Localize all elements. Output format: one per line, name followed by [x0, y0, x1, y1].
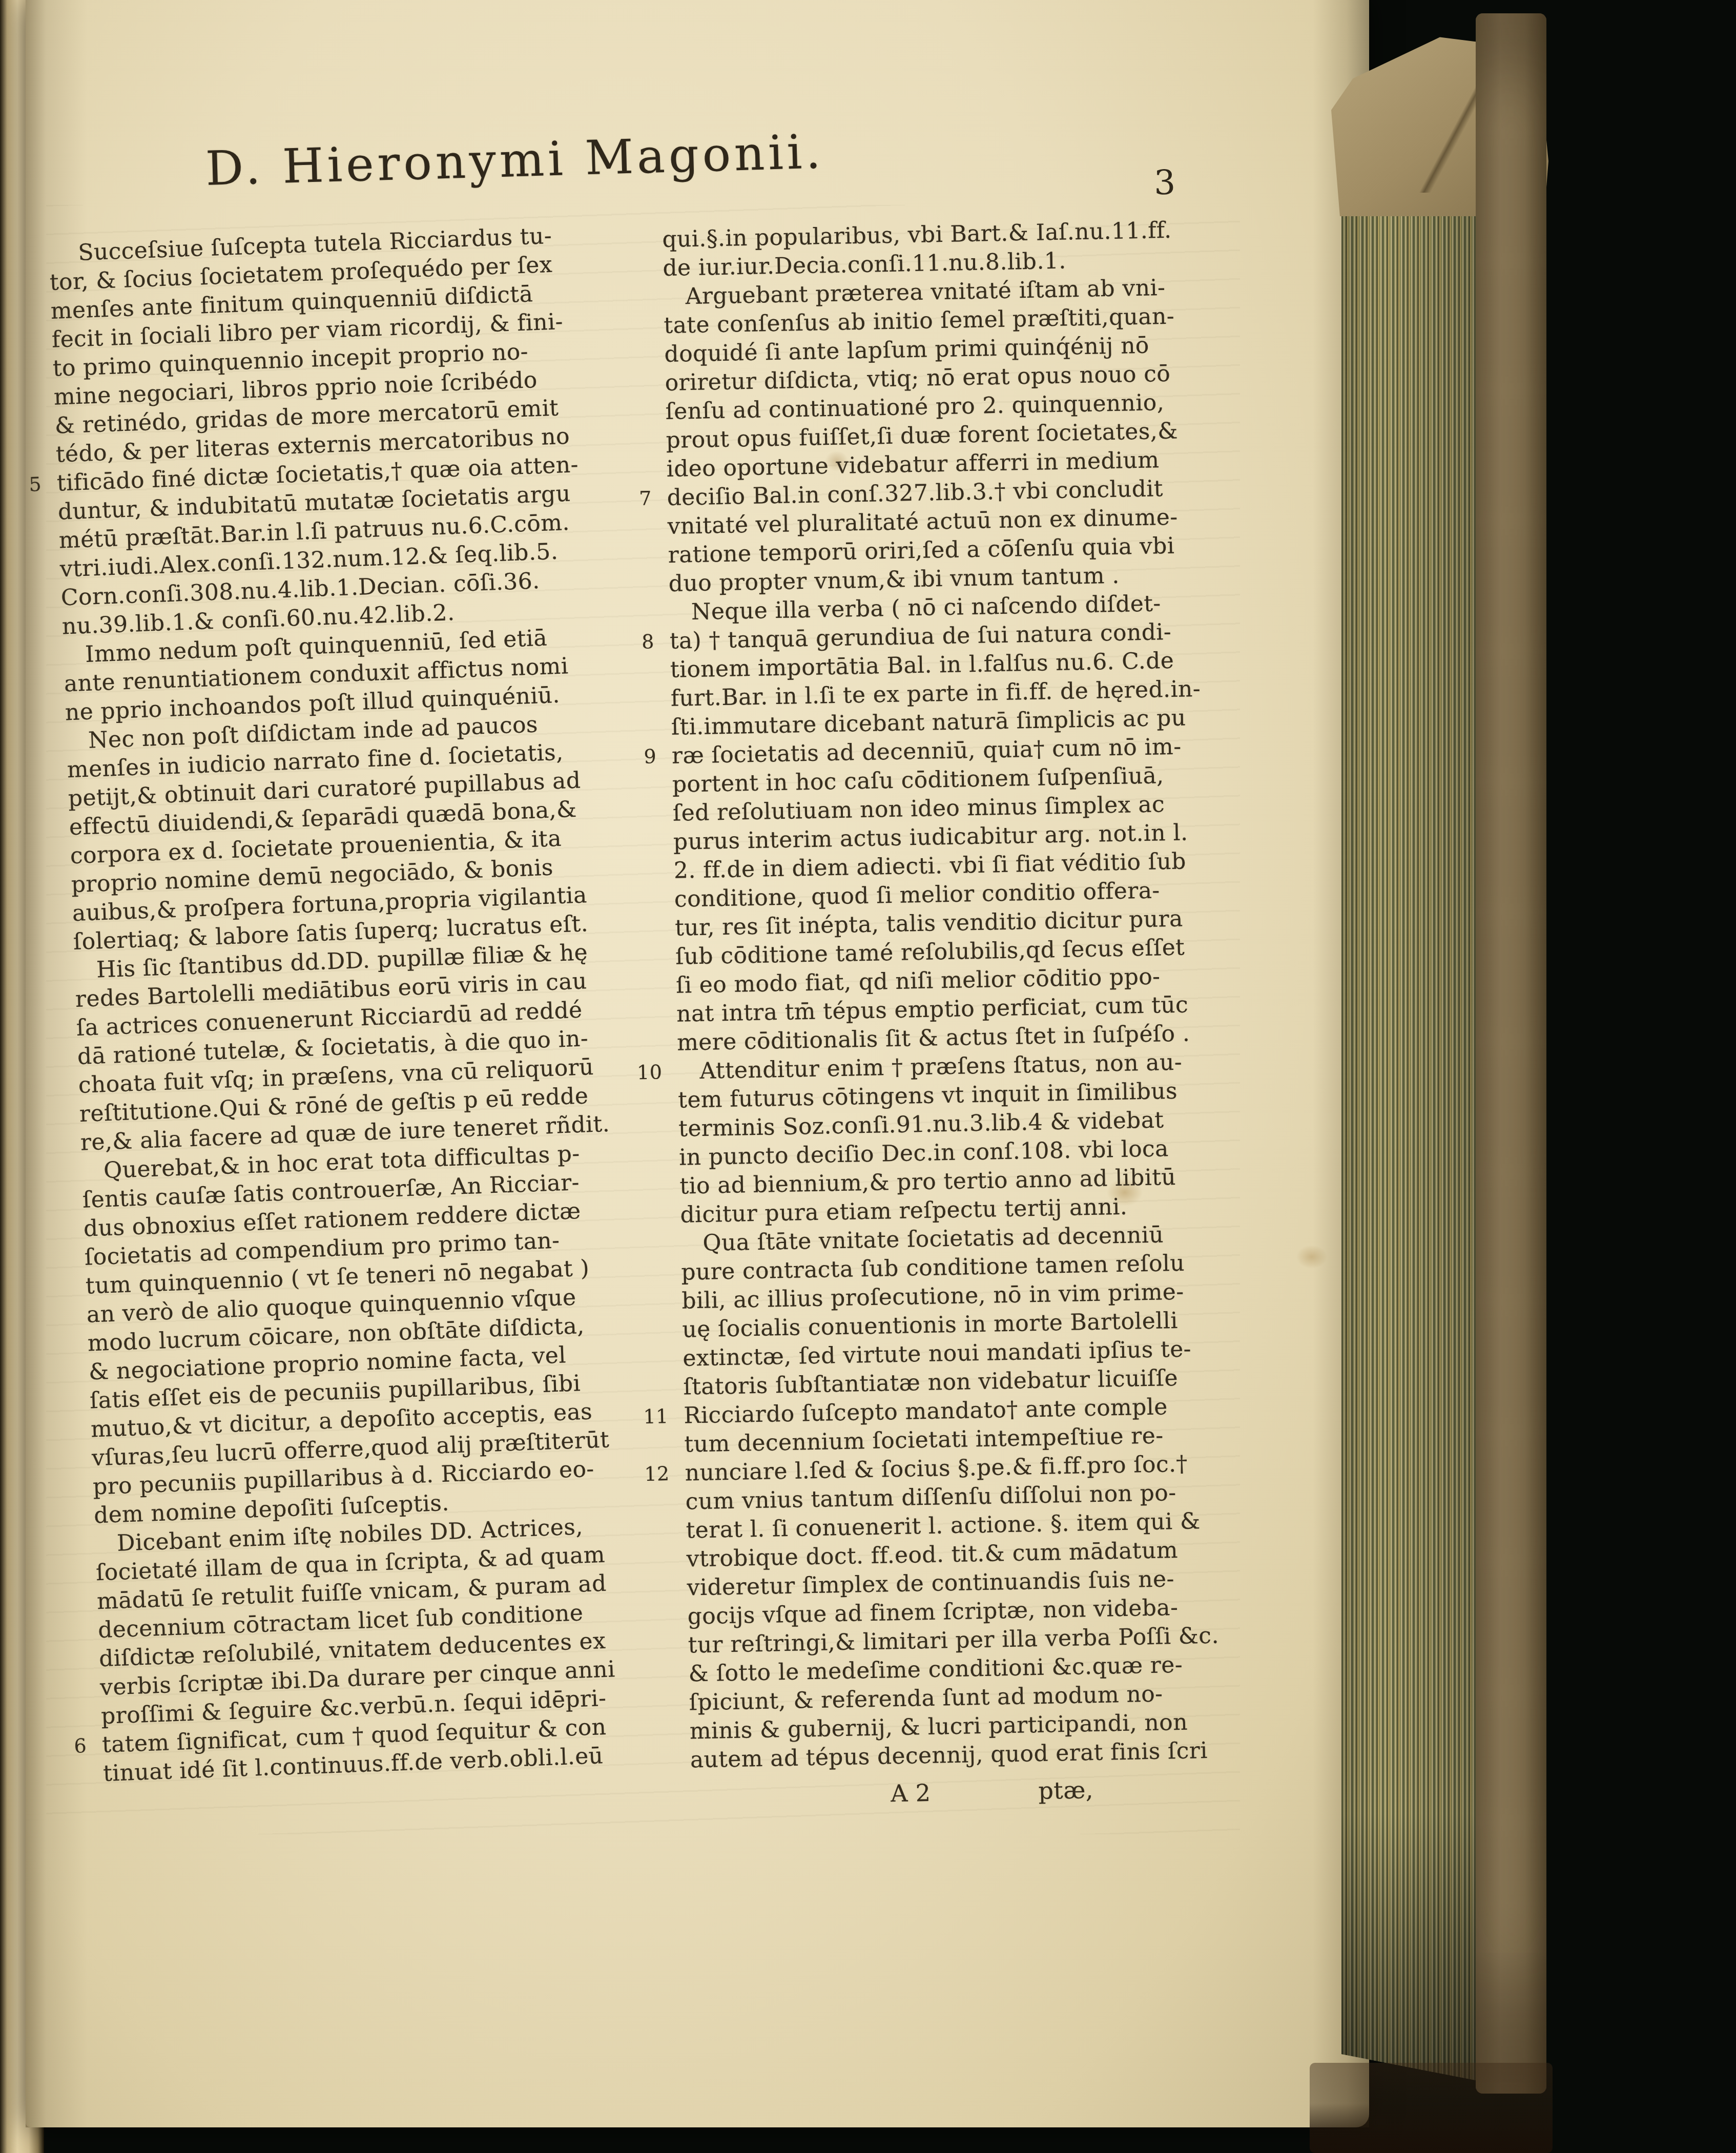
text-column-left: 56 Succeſsiue ſuſcepta tutela Ricciardus… — [48, 219, 682, 1788]
cover-bottom-edge — [1310, 2063, 1553, 2153]
margin-number: 9 — [595, 742, 656, 772]
column-lines-left: Succeſsiue ſuſcepta tutela Ricciardus tu… — [48, 219, 682, 1788]
parchment-cover-edge — [1476, 13, 1546, 2094]
catchword: ptæ, — [1038, 1775, 1093, 1805]
margin-number: 10 — [602, 1058, 663, 1087]
book-photo: D. Hieronymi Magonii. 3 56 Succeſsiue ſu… — [0, 0, 1736, 2153]
text-column-right: 789101112 qui.§.in popularibus, vbi Bart… — [662, 215, 1270, 1811]
margin-number: 12 — [609, 1459, 670, 1489]
margin-number: 11 — [608, 1402, 669, 1432]
margin-number: 7 — [591, 484, 652, 513]
column-lines-right: qui.§.in popularibus, vbi Bart.& Iaſ.nu.… — [662, 215, 1269, 1774]
gathering-signature: A 2 — [891, 1778, 931, 1808]
margin-number: 8 — [593, 627, 654, 657]
fore-edge-shading — [1341, 72, 1487, 2097]
page-number: 3 — [1153, 163, 1175, 203]
fore-edge-page-stack — [1341, 72, 1487, 2097]
margin-number: 5 — [0, 470, 42, 501]
margin-number: 6 — [26, 1731, 87, 1762]
foxing-spot — [1296, 1245, 1327, 1269]
